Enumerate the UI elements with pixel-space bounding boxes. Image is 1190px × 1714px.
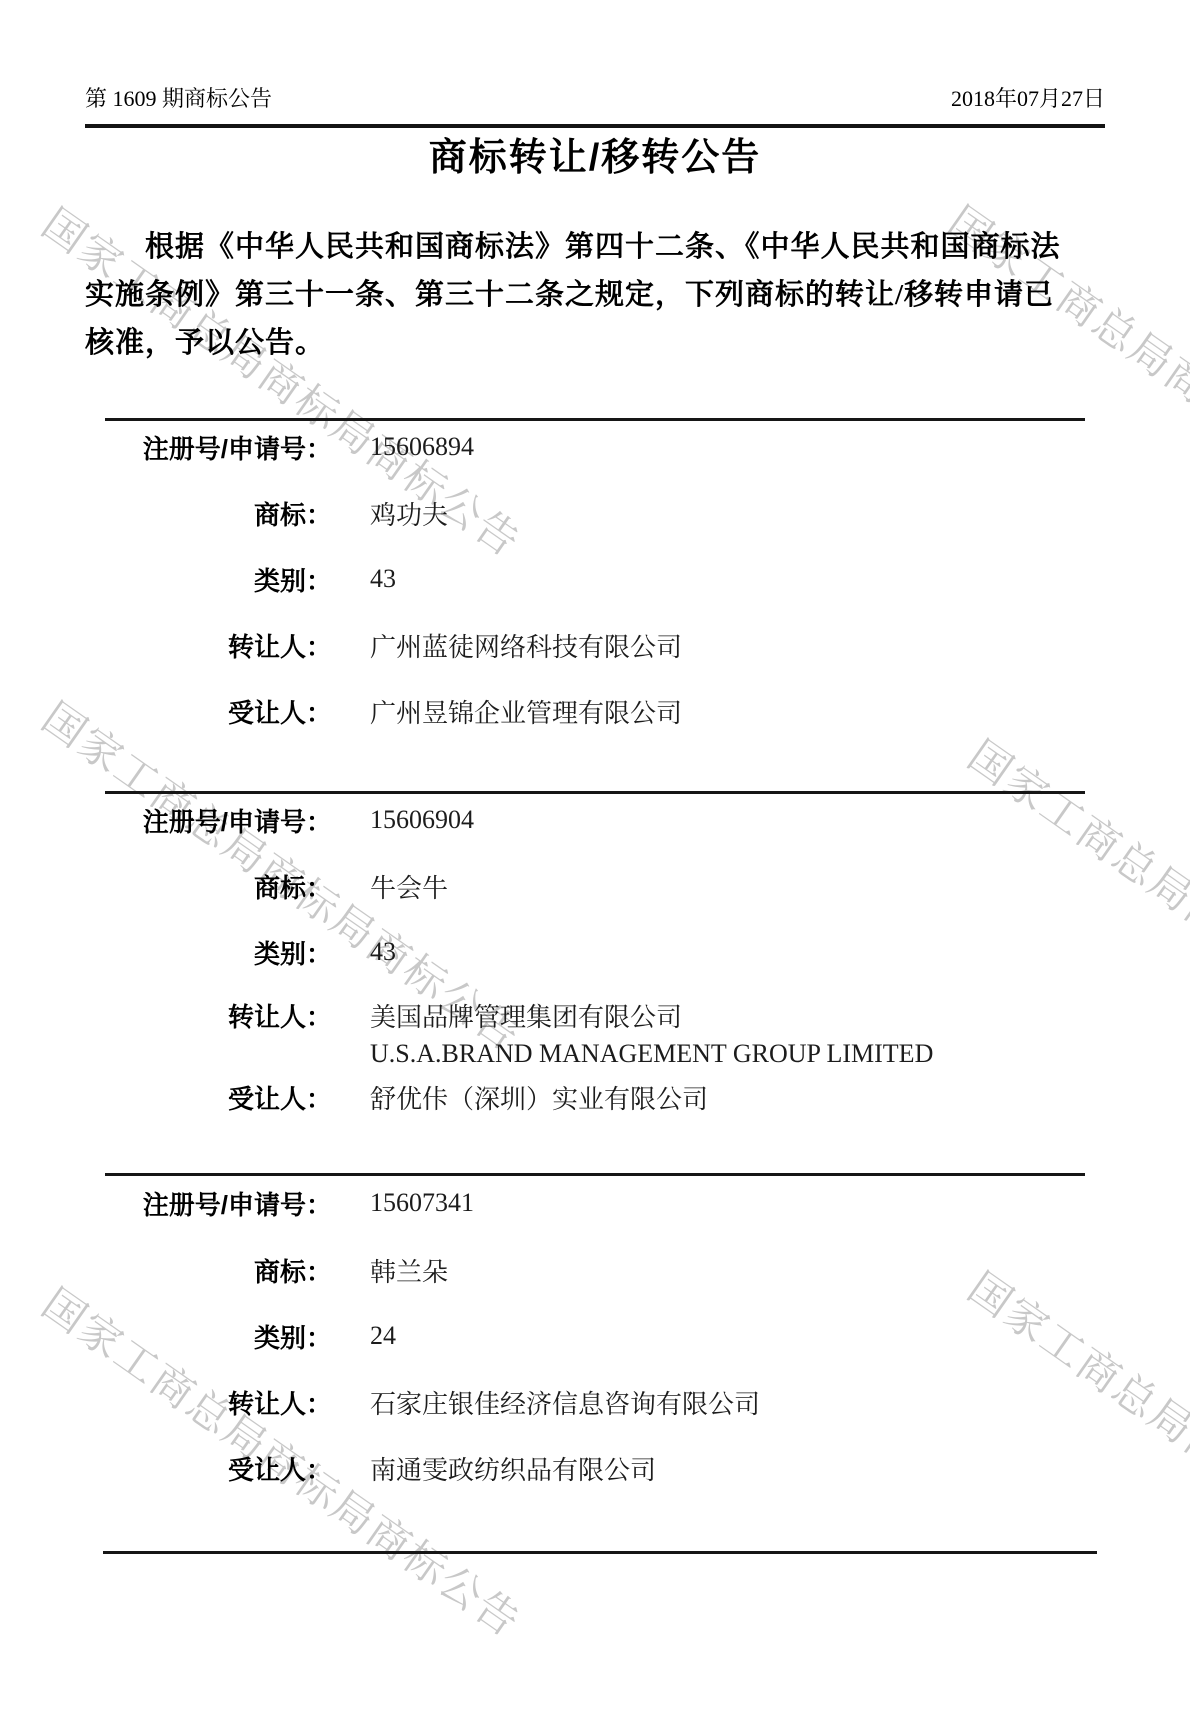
bottom-rule bbox=[103, 1551, 1097, 1554]
record-divider bbox=[105, 418, 1085, 421]
record-row-class: 类别： 43 bbox=[85, 562, 1105, 596]
watermark-text: 国家工商总局商标局商标公告 bbox=[958, 1256, 1190, 1633]
record-row-registration: 注册号/申请号： 15606904 bbox=[85, 803, 1105, 837]
transferor-label: 转让人： bbox=[85, 627, 332, 664]
record-row-trademark: 商标： 牛会牛 bbox=[85, 869, 1105, 903]
record-row-assignee: 受让人： 南通雯政纺织品有限公司 bbox=[85, 1451, 1105, 1485]
trademark-gazette-page: { "page": { "header": { "issue": "第 1609… bbox=[0, 0, 1190, 1714]
record-row-transferor: 转让人： 石家庄银佳经济信息咨询有限公司 bbox=[85, 1385, 1105, 1419]
transferor-value: 石家庄银佳经济信息咨询有限公司 bbox=[370, 1384, 760, 1421]
registration-value: 15606894 bbox=[370, 432, 474, 462]
record-row-class: 类别： 43 bbox=[85, 935, 1105, 969]
class-label: 类别： bbox=[85, 934, 332, 971]
record-row-trademark: 商标： 韩兰朵 bbox=[85, 1253, 1105, 1287]
record-divider bbox=[105, 791, 1085, 794]
class-label: 类别： bbox=[85, 1318, 332, 1355]
record-row-transferor: 转让人： 广州蓝徒网络科技有限公司 bbox=[85, 628, 1105, 662]
assignee-label: 受让人： bbox=[85, 1450, 332, 1487]
record-row-class: 类别： 24 bbox=[85, 1319, 1105, 1353]
transferor-label: 转让人： bbox=[85, 997, 332, 1034]
trademark-value: 牛会牛 bbox=[370, 868, 448, 905]
class-value: 43 bbox=[370, 564, 396, 594]
transferor-english-value: U.S.A.BRAND MANAGEMENT GROUP LIMITED bbox=[370, 1039, 933, 1069]
assignee-label: 受让人： bbox=[85, 693, 332, 730]
assignee-value: 南通雯政纺织品有限公司 bbox=[370, 1450, 656, 1487]
intro-paragraph-line: 根据《中华人民共和国商标法》第四十二条、《中华人民共和国商标法 bbox=[85, 225, 1107, 269]
record-row-transferor-english: U.S.A.BRAND MANAGEMENT GROUP LIMITED bbox=[85, 1037, 1105, 1071]
transferor-label: 转让人： bbox=[85, 1384, 332, 1421]
class-value: 43 bbox=[370, 937, 396, 967]
record-row-transferor: 转让人： 美国品牌管理集团有限公司 bbox=[85, 998, 1105, 1032]
assignee-value: 舒优佧（深圳）实业有限公司 bbox=[370, 1079, 708, 1116]
trademark-value: 鸡功夫 bbox=[370, 495, 448, 532]
assignee-label: 受让人： bbox=[85, 1079, 332, 1116]
class-value: 24 bbox=[370, 1321, 396, 1351]
record-row-trademark: 商标： 鸡功夫 bbox=[85, 496, 1105, 530]
trademark-label: 商标： bbox=[85, 1252, 332, 1289]
intro-paragraph-line: 核准，予以公告。 bbox=[85, 321, 1107, 365]
gazette-issue-label: 第 1609 期商标公告 bbox=[85, 84, 272, 114]
record-row-registration: 注册号/申请号： 15606894 bbox=[85, 430, 1105, 464]
trademark-label: 商标： bbox=[85, 495, 332, 532]
assignee-value: 广州昱锦企业管理有限公司 bbox=[370, 693, 682, 730]
class-label: 类别： bbox=[85, 561, 332, 598]
registration-label: 注册号/申请号： bbox=[85, 802, 332, 839]
intro-paragraph-line: 实施条例》第三十一条、第三十二条之规定，下列商标的转让/移转申请已 bbox=[85, 273, 1107, 317]
registration-value: 15607341 bbox=[370, 1188, 474, 1218]
record-row-registration: 注册号/申请号： 15607341 bbox=[85, 1186, 1105, 1220]
trademark-label: 商标： bbox=[85, 868, 332, 905]
registration-label: 注册号/申请号： bbox=[85, 429, 332, 466]
record-row-assignee: 受让人： 广州昱锦企业管理有限公司 bbox=[85, 694, 1105, 728]
page-title: 商标转让/移转公告 bbox=[85, 134, 1105, 182]
registration-value: 15606904 bbox=[370, 805, 474, 835]
header-rule bbox=[85, 124, 1105, 128]
transferor-value: 美国品牌管理集团有限公司 bbox=[370, 997, 682, 1034]
record-divider bbox=[105, 1173, 1085, 1176]
trademark-value: 韩兰朵 bbox=[370, 1252, 448, 1289]
gazette-date: 2018年07月27日 bbox=[951, 84, 1105, 114]
transferor-value: 广州蓝徒网络科技有限公司 bbox=[370, 627, 682, 664]
registration-label: 注册号/申请号： bbox=[85, 1185, 332, 1222]
record-row-assignee: 受让人： 舒优佧（深圳）实业有限公司 bbox=[85, 1080, 1105, 1114]
